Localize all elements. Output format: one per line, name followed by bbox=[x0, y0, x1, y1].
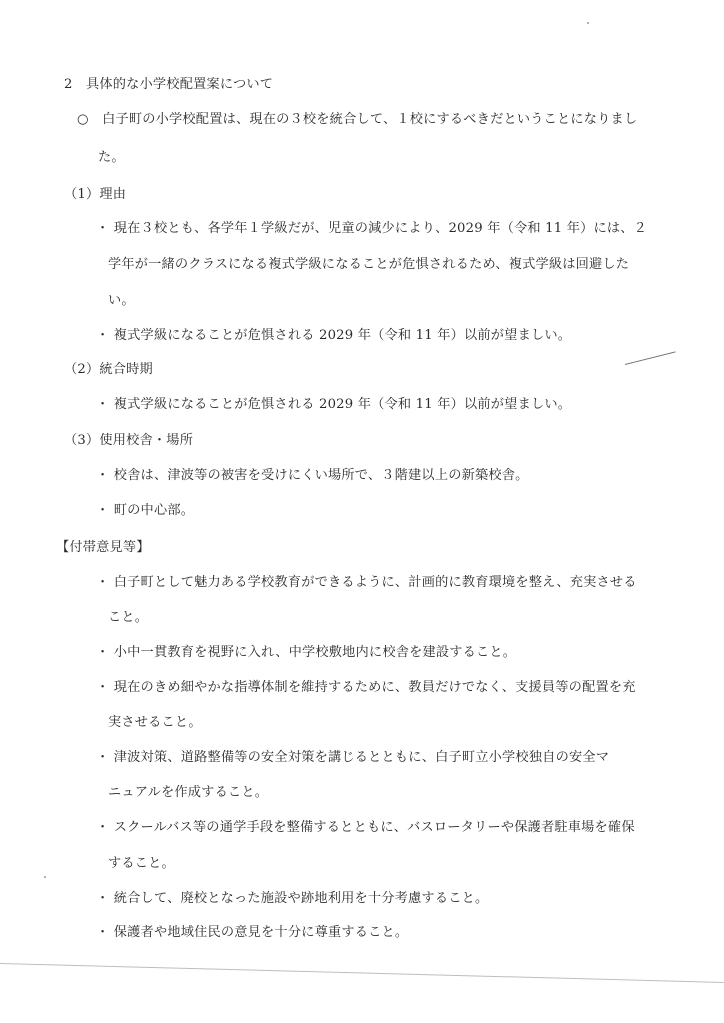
reason-bullet-1-line-1: ・ 現在３校とも、各学年１学級だが、児童の減少により、2029 年（令和 11 … bbox=[96, 217, 647, 236]
supplementary-bullet-4-line-2: ニュアルを作成すること。 bbox=[108, 781, 268, 800]
supplementary-bullet-2: ・ 小中一貫教育を視野に入れ、中学校敷地内に校舎を建設すること。 bbox=[96, 641, 516, 660]
supplementary-bullet-3-line-1: ・ 現在のきめ細やかな指導体制を維持するために、教員だけでなく、支援員等の配置を… bbox=[96, 676, 636, 695]
subsection-heading-reason: （1）理由 bbox=[64, 183, 126, 202]
summary-line-2: た。 bbox=[98, 146, 125, 165]
location-bullet-1: ・ 校舎は、津波等の被害を受けにくい場所で、３階建以上の新築校舎。 bbox=[96, 464, 529, 483]
supplementary-bullet-1-line-1: ・ 白子町として魅力ある学校教育ができるように、計画的に教育環境を整え、充実させ… bbox=[96, 571, 637, 590]
supplementary-bullet-6: ・ 統合して、廃校となった施設や跡地利用を十分考慮すること。 bbox=[96, 887, 488, 906]
supplementary-bullet-1-line-2: こと。 bbox=[108, 606, 148, 625]
supplementary-bullet-3-line-2: 実させること。 bbox=[108, 711, 202, 730]
scan-speck bbox=[587, 22, 589, 24]
subsection-heading-timing: （2）統合時期 bbox=[64, 358, 153, 377]
summary-line-1: ○ 白子町の小学校配置は、現在の３校を統合して、１校にするべきだということになり… bbox=[77, 108, 637, 127]
scan-speck bbox=[44, 876, 46, 878]
timing-bullet-1: ・ 複式学級になることが危惧される 2029 年（令和 11 年）以前が望ましい… bbox=[96, 393, 571, 412]
supplementary-bullet-7: ・ 保護者や地域住民の意見を十分に尊重すること。 bbox=[96, 921, 408, 940]
pen-mark bbox=[625, 351, 676, 365]
section-title: 2 具体的な小学校配置案について bbox=[64, 73, 273, 92]
scan-line bbox=[0, 963, 724, 983]
supplementary-bullet-4-line-1: ・ 津波対策、道路整備等の安全対策を講じるとともに、白子町立小学校独自の安全マ bbox=[96, 746, 609, 765]
reason-bullet-1-line-3: い。 bbox=[108, 289, 135, 308]
reason-bullet-2: ・ 複式学級になることが危惧される 2029 年（令和 11 年）以前が望ましい… bbox=[96, 324, 571, 343]
reason-bullet-1-line-2: 学年が一緒のクラスになる複式学級になることが危惧されるため、複式学級は回避した bbox=[108, 253, 629, 272]
location-bullet-2: ・ 町の中心部。 bbox=[96, 499, 194, 518]
supplementary-bullet-5-line-1: ・ スクールバス等の通学手段を整備するとともに、バスロータリーや保護者駐車場を確… bbox=[96, 816, 635, 835]
supplementary-title: 【付帯意見等】 bbox=[56, 536, 150, 555]
subsection-heading-location: （3）使用校舎・場所 bbox=[64, 429, 193, 448]
supplementary-bullet-5-line-2: すること。 bbox=[108, 852, 175, 871]
